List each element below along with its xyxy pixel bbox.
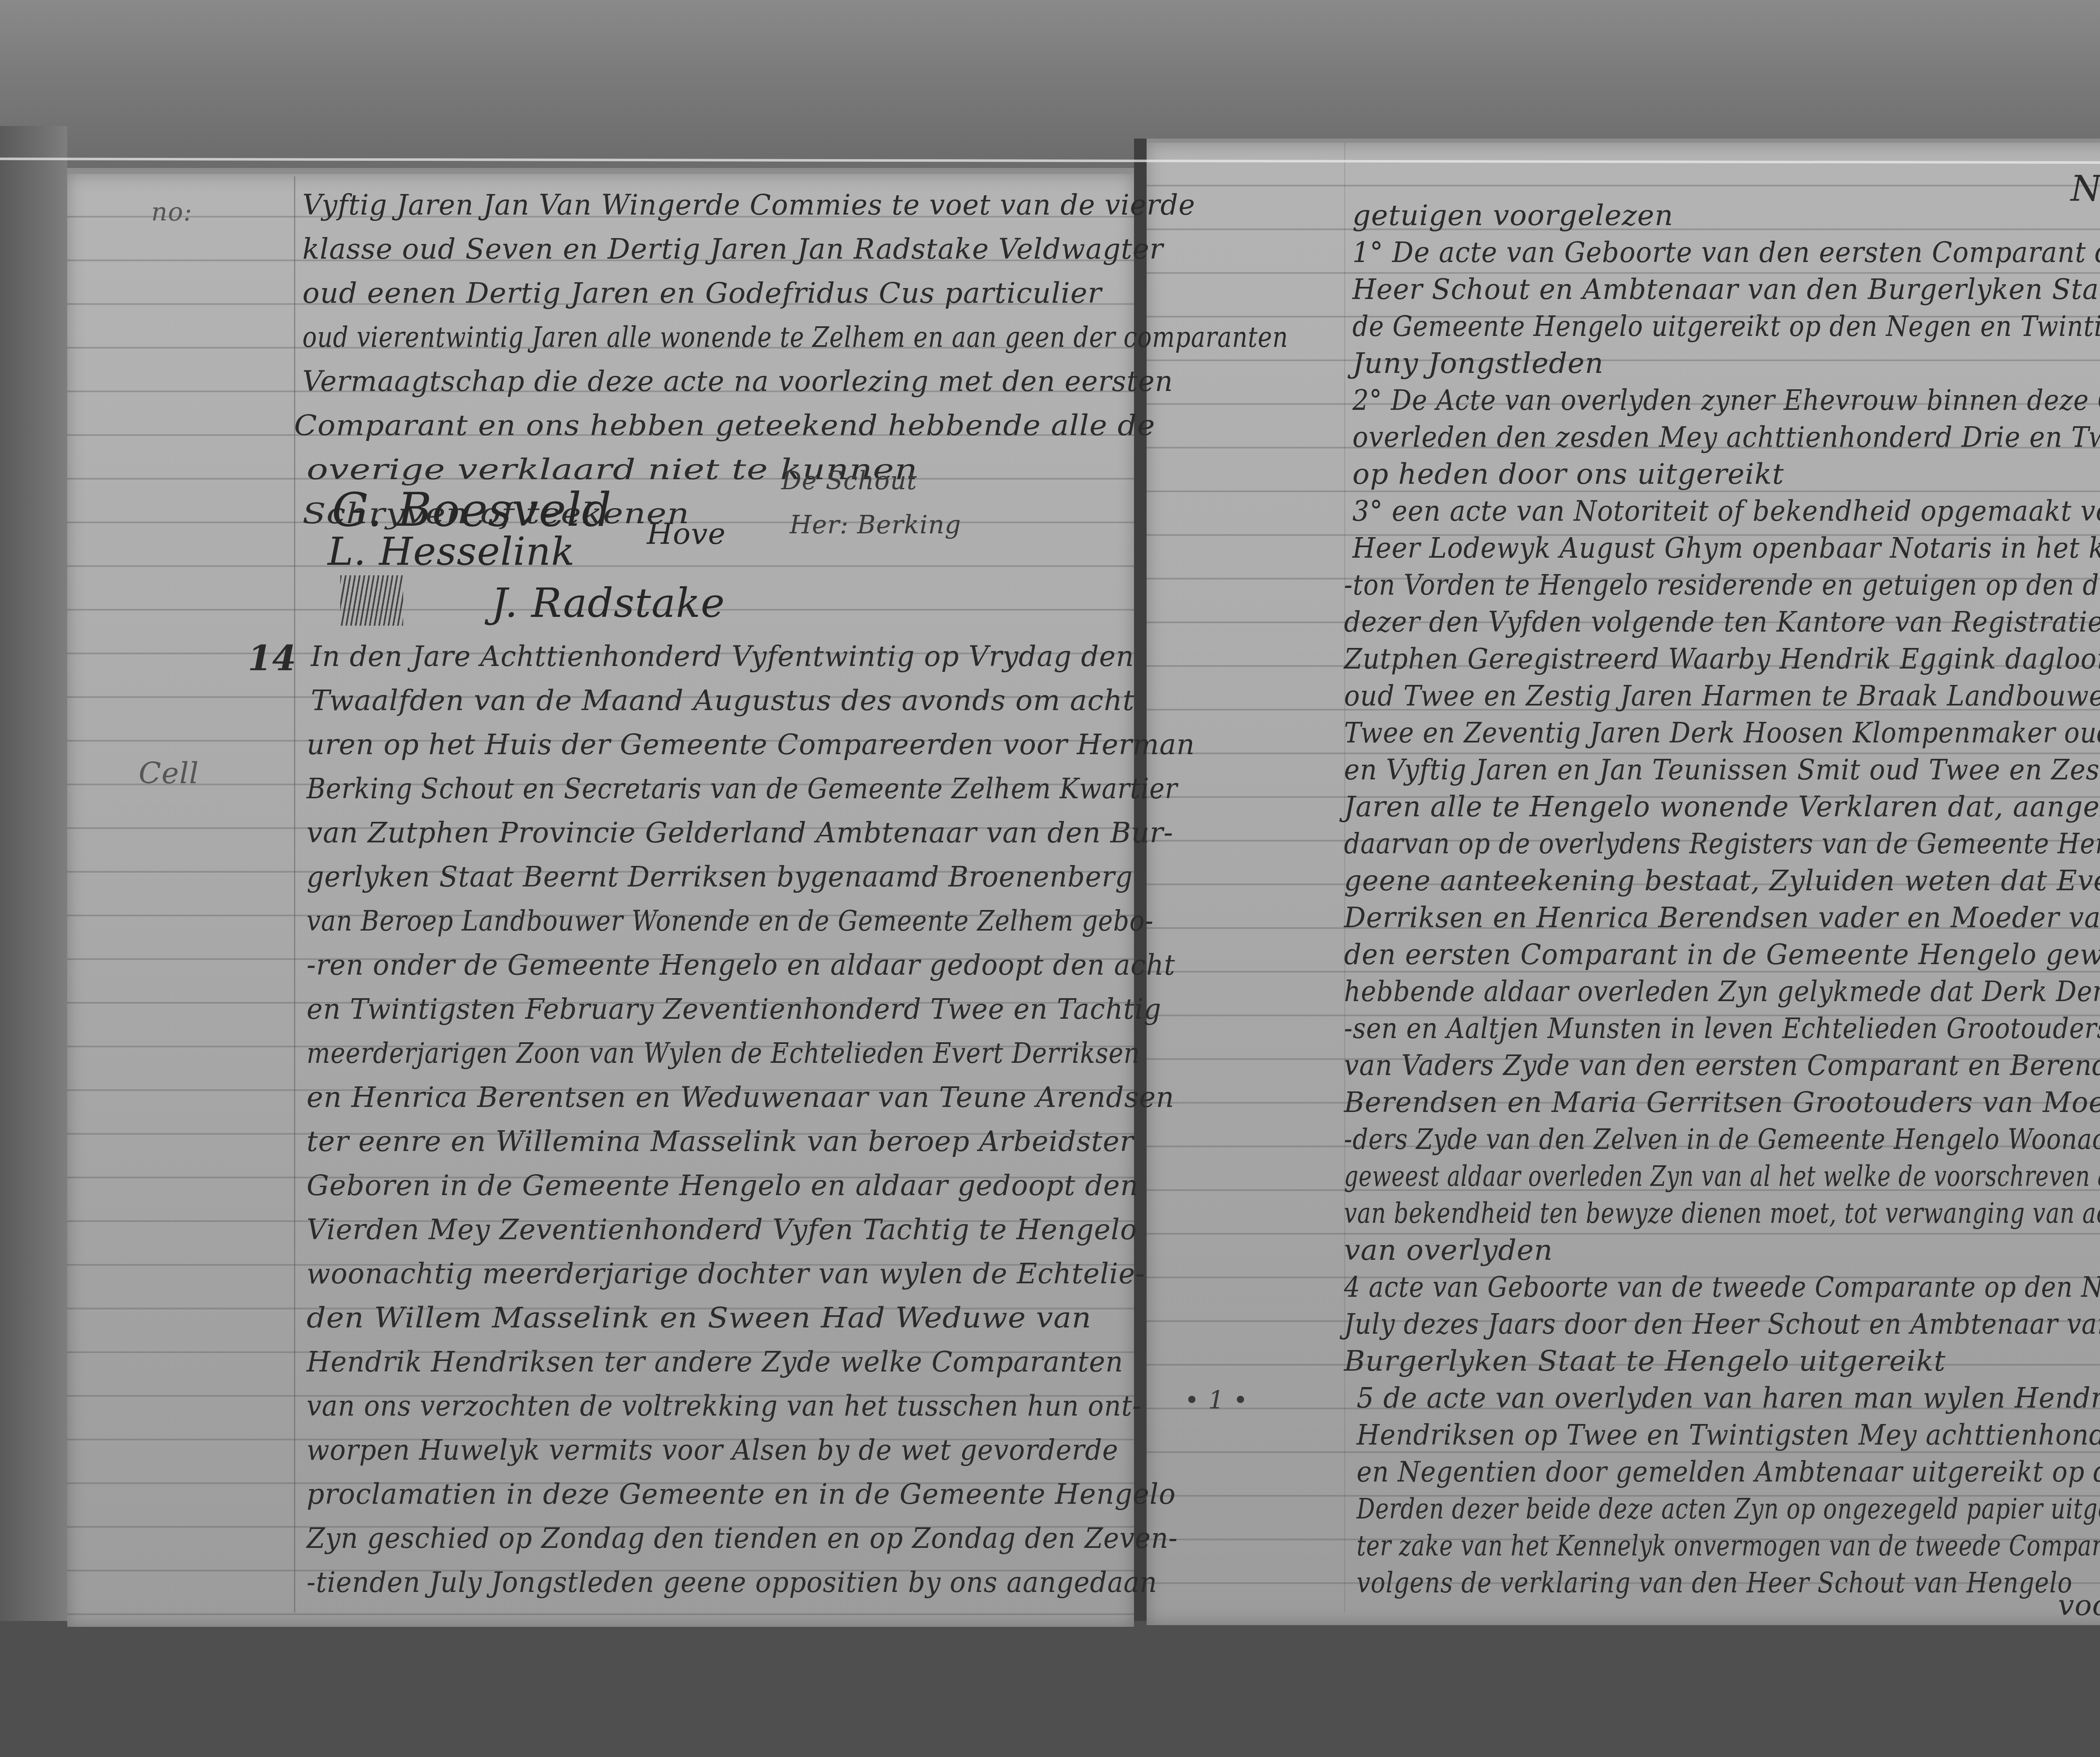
text-line: Berking Schout en Secretaris van de Geme… xyxy=(307,775,1178,803)
witness-signature: L. Hesselink xyxy=(328,529,575,574)
text-line: Hendriksen op Twee en Twintigsten Mey ac… xyxy=(1357,1421,2100,1450)
catchword: voor xyxy=(2058,1592,2100,1620)
text-line: oud vierentwintig Jaren alle wonende te … xyxy=(302,323,1288,352)
text-line: Heer Lodewyk August Ghym openbaar Notari… xyxy=(1352,534,2100,563)
text-line: -ton Vorden te Hengelo residerende en ge… xyxy=(1344,571,2100,600)
text-line: -sen en Aaltjen Munsten in leven Echteli… xyxy=(1344,1015,2100,1043)
margin-note: Cell xyxy=(139,756,199,790)
text-line: overleden den zesden Mey achttienhonderd… xyxy=(1352,423,2100,452)
text-line: Vyftig Jaren Jan Van Wingerde Commies te… xyxy=(302,191,1195,220)
text-line: worpen Huwelyk vermits voor Alsen by de … xyxy=(307,1436,1118,1465)
witness-signature: G. Boesveld xyxy=(332,483,612,537)
official-title: De Schout xyxy=(781,466,917,496)
text-line: oud eenen Dertig Jaren en Godefridus Cus… xyxy=(302,279,1102,308)
text-line: en Twintigsten February Zeventienhonderd… xyxy=(307,995,1161,1024)
text-line: -tienden July Jongstleden geene oppositi… xyxy=(307,1568,1157,1597)
text-line: van bekendheid ten bewyze dienen moet, t… xyxy=(1344,1199,2100,1228)
text-line: en Vyftig Jaren en Jan Teunissen Smit ou… xyxy=(1344,756,2100,784)
entry-number: 14 xyxy=(248,638,297,679)
text-line: van Beroep Landbouwer Wonende en de Geme… xyxy=(307,907,1154,936)
text-line: klasse oud Seven en Dertig Jaren Jan Rad… xyxy=(302,235,1163,264)
text-line: 3° een acte van Notoriteit of bekendheid… xyxy=(1352,497,2100,526)
text-line: 1° De acte van Geboorte van den eersten … xyxy=(1352,239,2100,267)
text-line: den eersten Comparant in de Gemeente Hen… xyxy=(1344,941,2100,969)
text-line: op heden door ons uitgereikt xyxy=(1352,460,1784,489)
scan-background-left xyxy=(0,126,67,1638)
folio-number: No 14 xyxy=(2071,168,2100,209)
text-line: Vermaagtschap die deze acte na voorlezin… xyxy=(302,367,1173,396)
text-line: Geboren in de Gemeente Hengelo en aldaar… xyxy=(307,1172,1139,1200)
text-line: van overlyden xyxy=(1344,1236,1553,1265)
text-line: 4 acte van Geboorte van de tweede Compar… xyxy=(1344,1273,2100,1302)
text-line: geene aanteekening bestaat, Zyluiden wet… xyxy=(1344,867,2100,895)
text-line: en Negentien door gemelden Ambtenaar uit… xyxy=(1357,1458,2100,1487)
text-line: Berendsen en Maria Gerritsen Grootouders… xyxy=(1344,1088,2100,1117)
left-page-margin-rule xyxy=(294,176,295,1613)
text-line: woonachtig meerderjarige dochter van wyl… xyxy=(307,1260,1145,1288)
text-line: uren op het Huis der Gemeente Compareerd… xyxy=(307,731,1195,759)
text-line: Burgerlyken Staat te Hengelo uitgereikt xyxy=(1344,1347,1946,1376)
text-line: Twee en Zeventig Jaren Derk Hoosen Klomp… xyxy=(1344,719,2100,747)
text-line: van Vaders Zyde van den eersten Comparan… xyxy=(1344,1052,2100,1080)
text-line: proclamatien in deze Gemeente en in de G… xyxy=(307,1480,1176,1509)
witness-signature: J. Radstake xyxy=(491,580,725,627)
text-line: Zutphen Geregistreerd Waarby Hendrik Egg… xyxy=(1344,645,2100,674)
text-line: geweest aldaar overleden Zyn van al het … xyxy=(1344,1162,2100,1191)
text-line: July dezes Jaars door den Heer Schout en… xyxy=(1344,1310,2100,1339)
text-line: In den Jare Achttienhonderd Vyfentwintig… xyxy=(311,642,1134,671)
official-signature: Her: Berking xyxy=(790,510,961,540)
text-line: getuigen voorgelezen xyxy=(1352,202,1673,230)
corner-note: no: xyxy=(151,197,192,227)
text-line: ter zake van het Kennelyk onvermogen van… xyxy=(1357,1532,2100,1560)
text-line: en Henrica Berentsen en Weduwenaar van T… xyxy=(307,1083,1174,1112)
text-line: Vierden Mey Zeventienhonderd Vyfen Tacht… xyxy=(307,1216,1137,1244)
text-line: Derriksen en Henrica Berendsen vader en … xyxy=(1344,904,2100,932)
text-line: de Gemeente Hengelo uitgereikt op den Ne… xyxy=(1352,312,2100,341)
text-line: van ons verzochten de voltrekking van he… xyxy=(307,1392,1142,1421)
text-line: Comparant en ons hebben geteekend hebben… xyxy=(294,412,1155,440)
text-line: van Zutphen Provincie Gelderland Ambtena… xyxy=(307,819,1173,847)
text-line: den Willem Masselink en Sween Had Weduwe… xyxy=(307,1304,1092,1332)
text-line: Derden dezer beide deze acten Zyn op ong… xyxy=(1357,1495,2100,1524)
text-line: 2° De Acte van overlyden zyner Ehevrouw … xyxy=(1352,386,2100,415)
text-line: volgens de verklaring van den Heer Schou… xyxy=(1357,1569,2072,1597)
margin-marks: • 1 • xyxy=(1184,1386,1248,1415)
text-line: -ren onder de Gemeente Hengelo en aldaar… xyxy=(307,951,1175,980)
text-line: Zyn geschied op Zondag den tienden en op… xyxy=(307,1524,1178,1553)
text-line: dezer den Vyfden volgende ten Kantore va… xyxy=(1344,608,2100,637)
text-line: Hendrik Hendriksen ter andere Zyde welke… xyxy=(307,1348,1123,1377)
text-line: Twaalfden van de Maand Augustus des avon… xyxy=(311,687,1134,715)
witness-mark: Hove xyxy=(647,517,726,551)
text-line: oud Twee en Zestig Jaren Harmen te Braak… xyxy=(1344,682,2100,711)
text-line: gerlyken Staat Beernt Derriksen bygenaam… xyxy=(307,863,1133,892)
text-line: Jaren alle te Hengelo wonende Verklaren … xyxy=(1344,793,2100,821)
text-line: daarvan op de overlydens Registers van d… xyxy=(1344,830,2100,858)
scan-background-bottom xyxy=(0,1621,2100,1757)
text-line: Juny Jongstleden xyxy=(1352,349,1604,378)
text-line: ter eenre en Willemina Masselink van ber… xyxy=(307,1128,1134,1156)
text-line: 5 de acte van overlyden van haren man wy… xyxy=(1357,1384,2100,1413)
text-line: hebbende aldaar overleden Zyn gelykmede … xyxy=(1344,978,2100,1006)
scribbled-signature-mark xyxy=(340,575,403,626)
text-line: -ders Zyde van den Zelven in de Gemeente… xyxy=(1344,1125,2100,1154)
text-line: meerderjarigen Zoon van Wylen de Echteli… xyxy=(307,1039,1140,1068)
text-line: Heer Schout en Ambtenaar van den Burgerl… xyxy=(1352,275,2100,304)
